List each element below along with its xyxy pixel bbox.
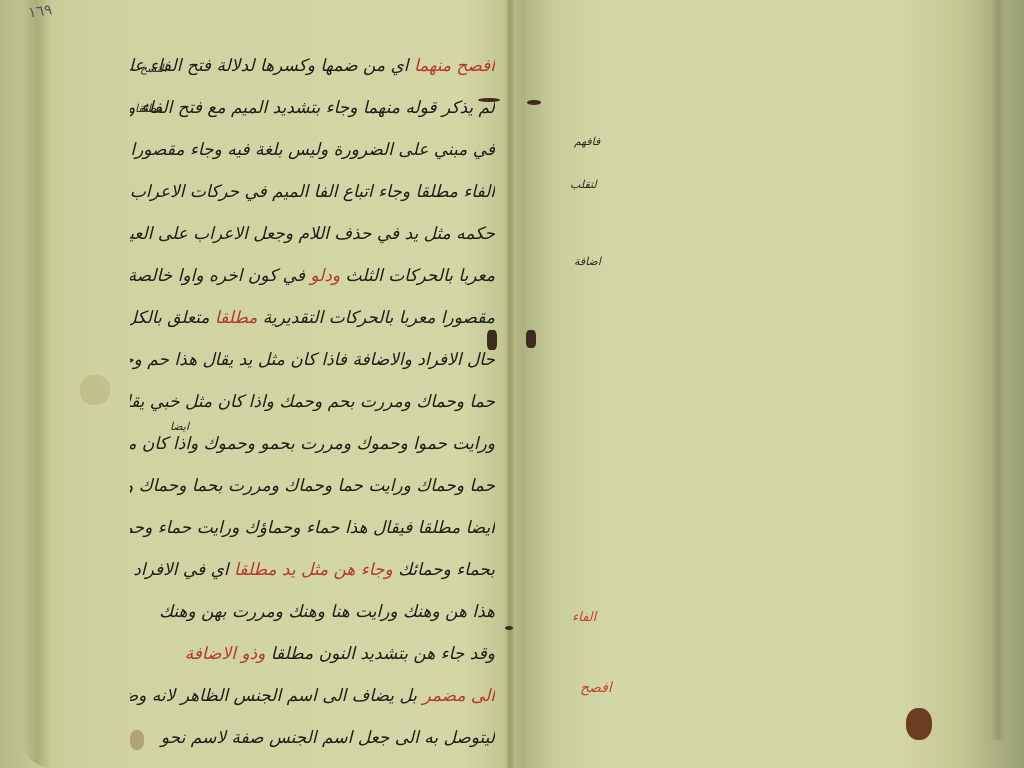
margin-note: ايضا <box>170 420 189 433</box>
body-text: ورايت حموا وحموك ومررت بحمو وحموك واذا ك… <box>130 436 495 454</box>
rubric-text: وذو الاضافة <box>185 646 266 664</box>
margin-note-rubric: افصح <box>580 680 612 696</box>
text-line: حكمه مثل يد في حذف اللام وجعل الاعراب عل… <box>130 226 495 268</box>
stain <box>130 730 144 750</box>
body-text: لم يذكر قوله منهما وجاء بتشديد الميم مع … <box>130 100 495 118</box>
binding-hole <box>526 330 536 348</box>
body-text: حما وحماك ومررت بحم وحمك واذا كان مثل خب… <box>130 394 495 412</box>
body-text: معربا بالحركات الثلث <box>340 268 495 286</box>
body-text: في كون آخره واوا خالصة وعصا في كونه <box>130 268 310 286</box>
text-line: ليتوصل به الى جعل اسم الجنس صفة لاسم نحو <box>130 730 495 768</box>
left-page: افصح منهما اي من ضمها وكسرها لدلالة فتح … <box>0 0 510 768</box>
binding-hole <box>505 626 513 630</box>
body-text: بحماء وحمائك <box>393 562 495 580</box>
body-text: وقد جاء هن بتشديد النون مطلقا <box>265 646 495 664</box>
body-text: في مبني على الضرورة وليس بلغة فيه وجاء م… <box>130 142 495 160</box>
text-line: ورايت حموا وحموك ومررت بحمو وحموك واذا ك… <box>130 436 495 478</box>
ink-stain <box>906 708 932 740</box>
margin-note: لتقلب <box>570 178 597 191</box>
body-text: ايضا مطلقا فيقال هذا حماء وحماؤك ورايت ح… <box>130 520 495 538</box>
margin-note: النسخ <box>140 62 167 75</box>
body-text: اي في الافراد والاضافة فيقال <box>130 562 234 580</box>
margin-note: مطلقا <box>135 102 162 115</box>
margin-note: اضافة <box>574 255 601 268</box>
text-line: مقصورا معربا بالحركات التقديرية مطلقا مت… <box>130 310 495 352</box>
text-line: في مبني على الضرورة وليس بلغة فيه وجاء م… <box>130 142 495 184</box>
margin-note-rubric: الفاء <box>572 610 596 625</box>
rubric-text: وجاء هن مثل يد مطلقا <box>234 562 393 580</box>
right-page: فحذفت الهاء لمشابهة حرف العلة ثم قلبت ال… <box>512 0 1024 768</box>
binding-hole <box>478 98 500 102</box>
body-text: الفاء مطلقا وجاء اتباع الفا الميم في حرك… <box>130 184 495 202</box>
body-text: ليتوصل به الى جعل اسم الجنس صفة لاسم نحو <box>161 730 495 748</box>
stain <box>80 375 110 405</box>
rubric-text: مطلقا <box>215 310 257 328</box>
body-text: متعلق بالكل اي في كل <box>130 310 215 328</box>
text-line: وقد جاء هن بتشديد النون مطلقا وذو الاضاف… <box>130 646 495 688</box>
binding-hole <box>527 100 541 105</box>
text-line: الى مضمر بل يضاف الى اسم الجنس الظاهر لا… <box>130 688 495 730</box>
margin-note: فافهم <box>574 135 600 148</box>
rubric-text: الى مضمر <box>422 688 495 706</box>
body-text: مقصورا معربا بالحركات التقديرية <box>257 310 495 328</box>
body-text: هذا هن وهنك ورايت هنا وهنك ومررت بهن وهن… <box>159 604 495 622</box>
text-line: بحماء وحمائك وجاء هن مثل يد مطلقا اي في … <box>130 562 495 604</box>
body-text: بل يضاف الى اسم الجنس الظاهر لانه وضع <box>130 688 422 706</box>
text-line: معربا بالحركات الثلث ودلو في كون آخره وا… <box>130 268 495 310</box>
body-text: حما وحماك ورايت حما وحماك ومررت بحما وحم… <box>130 478 495 496</box>
text-line: افصح منهما اي من ضمها وكسرها لدلالة فتح … <box>130 58 495 100</box>
text-line: هذا هن وهنك ورايت هنا وهنك ومررت بهن وهن… <box>130 604 495 646</box>
text-line: حال الافراد والاضافة فاذا كان مثل يد يقا… <box>130 352 495 394</box>
text-line: ايضا مطلقا فيقال هذا حماء وحماؤك ورايت ح… <box>130 520 495 562</box>
body-text: اي من ضمها وكسرها لدلالة فتح الفاء عليها… <box>130 58 414 76</box>
left-page-text: افصح منهما اي من ضمها وكسرها لدلالة فتح … <box>130 58 495 768</box>
text-line: الفاء مطلقا وجاء اتباع الفا الميم في حرك… <box>130 184 495 226</box>
binding-hole <box>487 330 497 350</box>
rubric-text: افصح منهما <box>414 58 495 76</box>
body-text: حال الافراد والاضافة فاذا كان مثل يد يقا… <box>130 352 495 370</box>
rubric-text: ودلو <box>310 268 340 286</box>
body-text: حكمه مثل يد في حذف اللام وجعل الاعراب عل… <box>130 226 495 244</box>
text-line: حما وحماك ورايت حما وحماك ومررت بحما وحم… <box>130 478 495 520</box>
manuscript-spread: ١٦٩ افصح منهما اي من ضمها وكسرها لدلالة … <box>0 0 1024 768</box>
text-line: لم يذكر قوله منهما وجاء بتشديد الميم مع … <box>130 100 495 142</box>
